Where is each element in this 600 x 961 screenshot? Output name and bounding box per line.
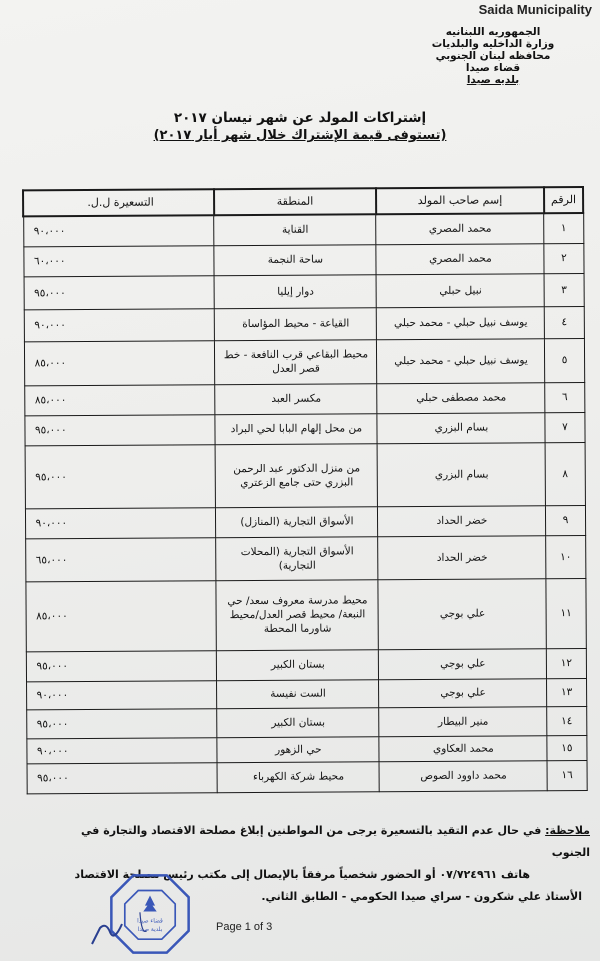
government-letterhead: الجمهوريه اللبنانيه وزارة الداخليه والبل… (418, 26, 568, 86)
table-row: ١١علي بوجيمحيط مدرسة معروف سعد/ حي النبع… (25, 578, 585, 651)
row-number: ١٤ (547, 706, 586, 735)
table-row: ٧بسام البزريمن محل إلهام البابا لحي البر… (24, 412, 584, 445)
letterhead-line: بلديه صيدا (418, 74, 568, 86)
owner-name: علي بوجي (379, 648, 547, 679)
subscription-price: ٨٥،٠٠٠ (25, 580, 216, 651)
document-title: إشتراكات المولد عن شهر نيسان ٢٠١٧ (تستوف… (140, 110, 460, 144)
area-name: القناية (214, 214, 376, 245)
table-row: ١٢علي بوجيبستان الكبير٩٥،٠٠٠ (26, 648, 586, 681)
owner-name: بسام البزري (378, 442, 546, 506)
area-name: محيط شركة الكهرباء (217, 761, 379, 792)
area-name: من منزل الدكتور عبد الرحمن البزري حتى جا… (216, 443, 378, 507)
owner-name: يوسف نبيل حبلي - محمد حبلي (377, 338, 545, 383)
area-name: ساحة النجمة (214, 244, 376, 275)
area-name: الأسواق التجارية (المنازل) (216, 506, 378, 537)
area-name: بستان الكبير (217, 707, 379, 737)
owner-name: يوسف نبيل حبلي - محمد حبلي (377, 306, 545, 339)
subscription-price: ٩٠،٠٠٠ (23, 215, 214, 246)
letterhead-line: وزارة الداخليه والبلديات (418, 38, 568, 50)
subscription-price: ٩٠،٠٠٠ (25, 507, 216, 538)
letterhead-line: محافظه لبنان الجنوبي (418, 50, 568, 62)
note-label: ملاحظة: (545, 824, 590, 837)
owner-name: نبيل حبلي (376, 273, 544, 307)
page-number: Page 1 of 3 (216, 921, 272, 933)
area-name: مكسر العبد (215, 383, 377, 414)
subscription-price: ٩٥،٠٠٠ (27, 762, 218, 793)
owner-name: محمد مصطفى حبلي (377, 382, 545, 413)
column-header-owner: إسم صاحب المولد (376, 187, 544, 214)
subscription-price: ٦٥،٠٠٠ (25, 537, 216, 581)
table-row: ١٥محمد العكاويحي الزهور٩٠،٠٠٠ (26, 735, 586, 763)
subscription-price: ٩٥،٠٠٠ (24, 414, 215, 445)
owner-name: خضر الحداد (378, 535, 546, 579)
table-row: ٥يوسف نبيل حبلي - محمد حبليمحيط البقاعي … (24, 338, 584, 385)
table-row: ١٤منير البيطاربستان الكبير٩٥،٠٠٠ (26, 706, 586, 738)
row-number: ٩ (546, 505, 585, 535)
row-number: ٣ (544, 273, 583, 306)
row-number: ١٢ (547, 648, 586, 678)
table-header-row: الرقم إسم صاحب المولد المنطقة التسعيرة ل… (23, 187, 583, 216)
subscription-price: ٦٠،٠٠٠ (23, 245, 214, 276)
owner-name: منير البيطار (379, 706, 547, 736)
subscription-price: ٩٥،٠٠٠ (26, 650, 217, 681)
row-number: ٢ (544, 243, 583, 273)
area-name: بستان الكبير (217, 649, 379, 680)
letterhead-line: الجمهوريه اللبنانيه (418, 26, 568, 38)
table-row: ٨بسام البزريمن منزل الدكتور عبد الرحمن ا… (25, 442, 585, 508)
subscription-price: ٩٠،٠٠٠ (26, 680, 217, 709)
subscription-price: ٩٥،٠٠٠ (25, 444, 216, 508)
table-row: ١٠خضر الحدادالأسواق التجارية (المحلات ال… (25, 535, 585, 581)
owner-name: علي بوجي (378, 578, 546, 649)
row-number: ١ (544, 213, 583, 243)
owner-name: خضر الحداد (378, 505, 546, 536)
handwritten-signature-icon (88, 918, 128, 948)
column-header-number: الرقم (544, 187, 583, 213)
table-row: ١محمد المصريالقناية٩٠،٠٠٠ (23, 213, 583, 246)
row-number: ٥ (545, 338, 584, 382)
table-row: ٤يوسف نبيل حبلي - محمد حبليالقياعة - محي… (24, 306, 584, 341)
area-name: الأسواق التجارية (المحلات التجارية) (216, 536, 378, 580)
subscription-price: ٩٠،٠٠٠ (26, 737, 217, 763)
owner-name: محمد داوود الصوص (379, 760, 547, 791)
area-name: محيط مدرسة معروف سعد/ حي النبعة/ محيط قص… (216, 579, 378, 650)
row-number: ١٥ (547, 735, 586, 760)
table-row: ٦محمد مصطفى حبليمكسر العبد٨٥،٠٠٠ (24, 382, 584, 415)
subscription-price: ٨٥،٠٠٠ (24, 340, 215, 385)
subscription-price: ٨٥،٠٠٠ (24, 384, 215, 415)
column-header-price: التسعيرة ل.ل. (23, 189, 214, 216)
row-number: ٨ (546, 442, 585, 505)
table-row: ١٣علي بوجيالست نفيسة٩٠،٠٠٠ (26, 678, 586, 709)
generator-subscriptions-table: الرقم إسم صاحب المولد المنطقة التسعيرة ل… (22, 186, 588, 794)
table-body: ١محمد المصريالقناية٩٠،٠٠٠٢محمد المصريساح… (23, 213, 587, 793)
table-row: ٩خضر الحدادالأسواق التجارية (المنازل)٩٠،… (25, 505, 585, 538)
subscription-price: ٩٥،٠٠٠ (26, 708, 217, 738)
owner-name: محمد العكاوي (379, 735, 547, 761)
row-number: ١٦ (547, 760, 586, 790)
note-line-1: في حال عدم التقيد بالتسعيرة يرجى من المو… (81, 824, 590, 859)
owner-name: بسام البزري (377, 412, 545, 443)
area-name: من محل إلهام البابا لحي البراد (215, 413, 377, 444)
municipality-brand: Saida Municipality (479, 2, 592, 17)
area-name: الست نفيسة (217, 679, 379, 708)
title-main: إشتراكات المولد عن شهر نيسان ٢٠١٧ (140, 110, 460, 127)
letterhead-line: قضاء صيدا (418, 62, 568, 74)
row-number: ١١ (546, 578, 585, 648)
svg-text:بلدية صيدا: بلدية صيدا (138, 927, 163, 933)
owner-name: محمد المصري (376, 243, 544, 274)
table-row: ١٦محمد داوود الصوصمحيط شركة الكهرباء٩٥،٠… (27, 760, 587, 793)
row-number: ٧ (545, 412, 584, 442)
area-name: محيط البقاعي قرب النافعة - خط قصر العدل (215, 339, 377, 384)
subscription-price: ٩٥،٠٠٠ (24, 275, 215, 309)
owner-name: علي بوجي (379, 678, 547, 707)
column-header-area: المنطقة (214, 188, 376, 215)
owner-name: محمد المصري (376, 213, 544, 244)
table-row: ٢محمد المصريساحة النجمة٦٠،٠٠٠ (23, 243, 583, 276)
table-row: ٣نبيل حبليدوار إيليا٩٥،٠٠٠ (24, 273, 584, 309)
subscription-price: ٩٠،٠٠٠ (24, 308, 215, 341)
row-number: ١٠ (546, 535, 585, 578)
row-number: ٤ (545, 306, 584, 338)
area-name: حي الزهور (217, 736, 379, 762)
title-subtitle: (تستوفى قيمة الإشتراك خلال شهر أيار ٢٠١٧… (140, 127, 460, 144)
row-number: ٦ (545, 382, 584, 412)
area-name: القياعة - محيط المؤاساة (215, 307, 377, 340)
row-number: ١٣ (547, 678, 586, 706)
area-name: دوار إيليا (214, 274, 376, 308)
